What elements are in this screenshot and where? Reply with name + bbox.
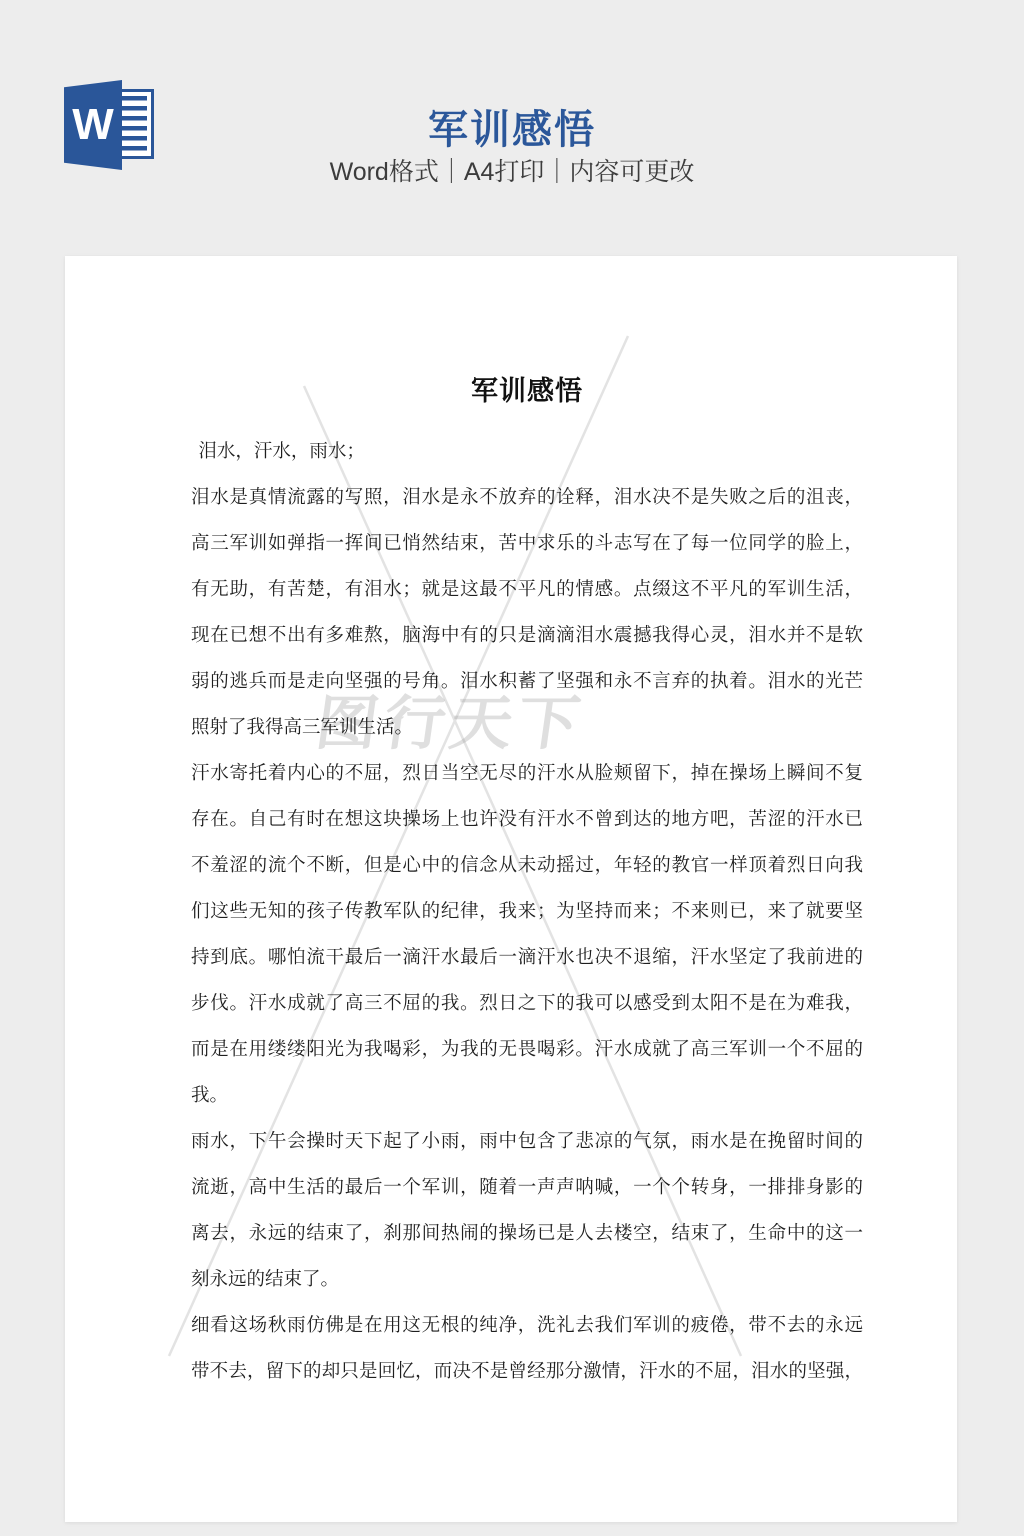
document-text-line: 们这些无知的孩子传教军队的纪律，我来；为坚持而来；不来则已，来了就要坚 bbox=[191, 889, 863, 935]
document-text-line: 不羞涩的流个不断，但是心中的信念从未动摇过，年轻的教官一样顶着烈日向我 bbox=[191, 843, 863, 889]
document-text-line: 汗水寄托着内心的不屈，烈日当空无尽的汗水从脸颊留下，掉在操场上瞬间不复 bbox=[191, 751, 863, 797]
document-text-line: 有无助，有苦楚，有泪水；就是这最不平凡的情感。点缀这不平凡的军训生活， bbox=[191, 567, 863, 613]
document-text-line: 雨水，下午会操时天下起了小雨，雨中包含了悲凉的气氛，雨水是在挽留时间的 bbox=[191, 1119, 863, 1165]
document-text-line: 现在已想不出有多难熬，脑海中有的只是滴滴泪水震撼我得心灵，泪水并不是软 bbox=[191, 613, 863, 659]
document-content: 军训感悟 泪水，汗水，雨水；泪水是真情流露的写照，泪水是永不放弃的诠释，泪水决不… bbox=[65, 256, 957, 1395]
document-text-line: 带不去，留下的却只是回忆，而决不是曾经那分激情，汗水的不屈，泪水的坚强， bbox=[191, 1349, 863, 1395]
document-text-line: 我。 bbox=[191, 1073, 863, 1119]
document-text-line: 步伐。汗水成就了高三不屈的我。烈日之下的我可以感受到太阳不是在为难我， bbox=[191, 981, 863, 1027]
document-text-line: 持到底。哪怕流干最后一滴汗水最后一滴汗水也决不退缩，汗水坚定了我前进的 bbox=[191, 935, 863, 981]
page-subtitle: Word格式｜A4打印｜内容可更改 bbox=[0, 152, 1024, 188]
document-text-line: 照射了我得高三军训生活。 bbox=[191, 705, 863, 751]
document-title: 军训感悟 bbox=[191, 368, 863, 414]
template-header: W 军训感悟 Word格式｜A4打印｜内容可更改 bbox=[0, 0, 1024, 256]
document-text-line: 存在。自己有时在想这块操场上也许没有汗水不曾到达的地方吧，苦涩的汗水已 bbox=[191, 797, 863, 843]
document-text-line: 而是在用缕缕阳光为我喝彩，为我的无畏喝彩。汗水成就了高三军训一个不屈的 bbox=[191, 1027, 863, 1073]
document-text-line: 高三军训如弹指一挥间已悄然结束，苦中求乐的斗志写在了每一位同学的脸上， bbox=[191, 521, 863, 567]
document-text-line: 细看这场秋雨仿佛是在用这无根的纯净，洗礼去我们军训的疲倦，带不去的永远 bbox=[191, 1303, 863, 1349]
document-page: 图行天下 军训感悟 泪水，汗水，雨水；泪水是真情流露的写照，泪水是永不放弃的诠释… bbox=[65, 256, 957, 1522]
document-text-line: 泪水，汗水，雨水； bbox=[191, 429, 863, 475]
document-text-line: 弱的逃兵而是走向坚强的号角。泪水积蓄了坚强和永不言弃的执着。泪水的光芒 bbox=[191, 659, 863, 705]
document-text-line: 刻永远的结束了。 bbox=[191, 1257, 863, 1303]
page-title: 军训感悟 bbox=[0, 98, 1024, 155]
document-body: 泪水，汗水，雨水；泪水是真情流露的写照，泪水是永不放弃的诠释，泪水决不是失败之后… bbox=[191, 429, 863, 1395]
document-text-line: 流逝，高中生活的最后一个军训，随着一声声呐喊，一个个转身，一排排身影的 bbox=[191, 1165, 863, 1211]
document-text-line: 泪水是真情流露的写照，泪水是永不放弃的诠释，泪水决不是失败之后的沮丧， bbox=[191, 475, 863, 521]
document-text-line: 离去，永远的结束了，刹那间热闹的操场已是人去楼空，结束了，生命中的这一 bbox=[191, 1211, 863, 1257]
